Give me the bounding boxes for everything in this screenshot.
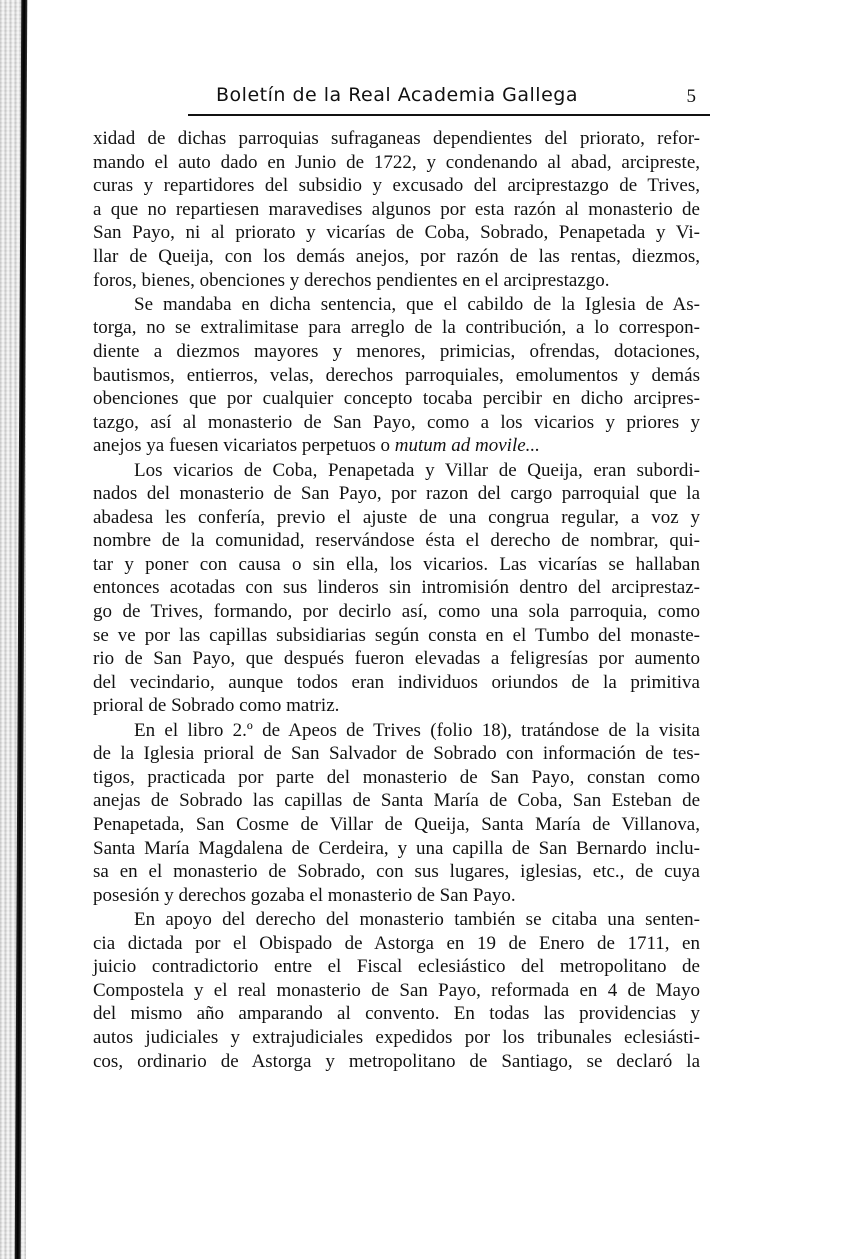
text-line: rio de San Payo, que después fueron elev…: [93, 647, 700, 671]
text-line: anejas de Sobrado las capillas de Santa …: [93, 789, 700, 813]
text-line: juicio contradictorio entre el Fiscal ec…: [93, 955, 700, 979]
text-line: xidad de dichas parroquias sufraganeas d…: [93, 127, 700, 151]
text-line: go de Trives, formando, por decirlo así,…: [93, 600, 700, 624]
document-page: Boletín de la Real Academia Gallega 5 xi…: [0, 0, 850, 1259]
text-line: tazgo, así al monasterio de San Payo, co…: [93, 411, 700, 435]
text-line: nados del monasterio de San Payo, por ra…: [93, 482, 700, 506]
text-line: del vecindario, aunque todos eran indivi…: [93, 671, 700, 695]
text-line: En apoyo del derecho del monasterio tamb…: [93, 908, 700, 932]
paragraph: En apoyo del derecho del monasterio tamb…: [93, 908, 700, 1073]
text-line: En el libro 2.º de Apeos de Trives (foli…: [93, 719, 700, 743]
text-line: de la Iglesia prioral de San Salvador de…: [93, 742, 700, 766]
header-rule: [188, 114, 710, 116]
text-line: diente a diezmos mayores y menores, prim…: [93, 340, 700, 364]
text-line: cos, ordinario de Astorga y metropolitan…: [93, 1050, 700, 1074]
text-line: anejos ya fuesen vicariatos perpetuos o …: [93, 434, 700, 458]
text-line: Los vicarios de Coba, Penapetada y Villa…: [93, 459, 700, 483]
text-line: autos judiciales y extrajudiciales exped…: [93, 1026, 700, 1050]
text-line: Penapetada, San Cosme de Villar de Queij…: [93, 813, 700, 837]
paragraph: En el libro 2.º de Apeos de Trives (foli…: [93, 719, 700, 908]
page-number: 5: [687, 86, 697, 108]
text-line: Compostela y el real monasterio de San P…: [93, 979, 700, 1003]
text-line: Se mandaba en dicha sentencia, que el ca…: [93, 293, 700, 317]
text-line: posesión y derechos gozaba el monasterio…: [93, 884, 700, 908]
text-line: tar y poner con causa o sin ella, los vi…: [93, 553, 700, 577]
running-title: Boletín de la Real Academia Gallega: [216, 84, 578, 106]
text-line: San Payo, ni al priorato y vicarías de C…: [93, 221, 700, 245]
text-line: prioral de Sobrado como matriz.: [93, 694, 700, 718]
text-line: Santa María Magdalena de Cerdeira, y una…: [93, 837, 700, 861]
paragraph: Se mandaba en dicha sentencia, que el ca…: [93, 293, 700, 458]
latin-phrase: mutum ad movile...: [395, 435, 540, 456]
text-line: obenciones que por cualquier concepto to…: [93, 387, 700, 411]
text-line: llar de Queija, con los demás anejos, po…: [93, 245, 700, 269]
text-line: mando el auto dado en Junio de 1722, y c…: [93, 151, 700, 175]
paragraph: Los vicarios de Coba, Penapetada y Villa…: [93, 459, 700, 719]
text-line: bautismos, entierros, velas, derechos pa…: [93, 364, 700, 388]
text-line: abadesa les confería, previo el ajuste d…: [93, 506, 700, 530]
paragraph: xidad de dichas parroquias sufraganeas d…: [93, 127, 700, 292]
text-line: a que no repartiesen maravedises algunos…: [93, 198, 700, 222]
text-line: se ve por las capillas subsidiarias segú…: [93, 624, 700, 648]
body-text: xidad de dichas parroquias sufraganeas d…: [93, 127, 700, 1073]
running-head: Boletín de la Real Academia Gallega 5: [188, 84, 708, 114]
text-line: entonces acotadas con sus linderos sin i…: [93, 576, 700, 600]
text-line: foros, bienes, obenciones y derechos pen…: [93, 269, 700, 293]
text-segment: anejos ya fuesen vicariatos perpetuos o: [93, 435, 395, 456]
text-line: nombre de la comunidad, reservándose ést…: [93, 529, 700, 553]
text-line: curas y repartidores del subsidio y excu…: [93, 174, 700, 198]
text-line: torga, no se extralimitase para arreglo …: [93, 316, 700, 340]
text-line: cia dictada por el Obispado de Astorga e…: [93, 932, 700, 956]
text-line: tigos, practicada por parte del monaster…: [93, 766, 700, 790]
text-line: del mismo año amparando al convento. En …: [93, 1002, 700, 1026]
text-line: sa en el monasterio de Sobrado, con sus …: [93, 860, 700, 884]
